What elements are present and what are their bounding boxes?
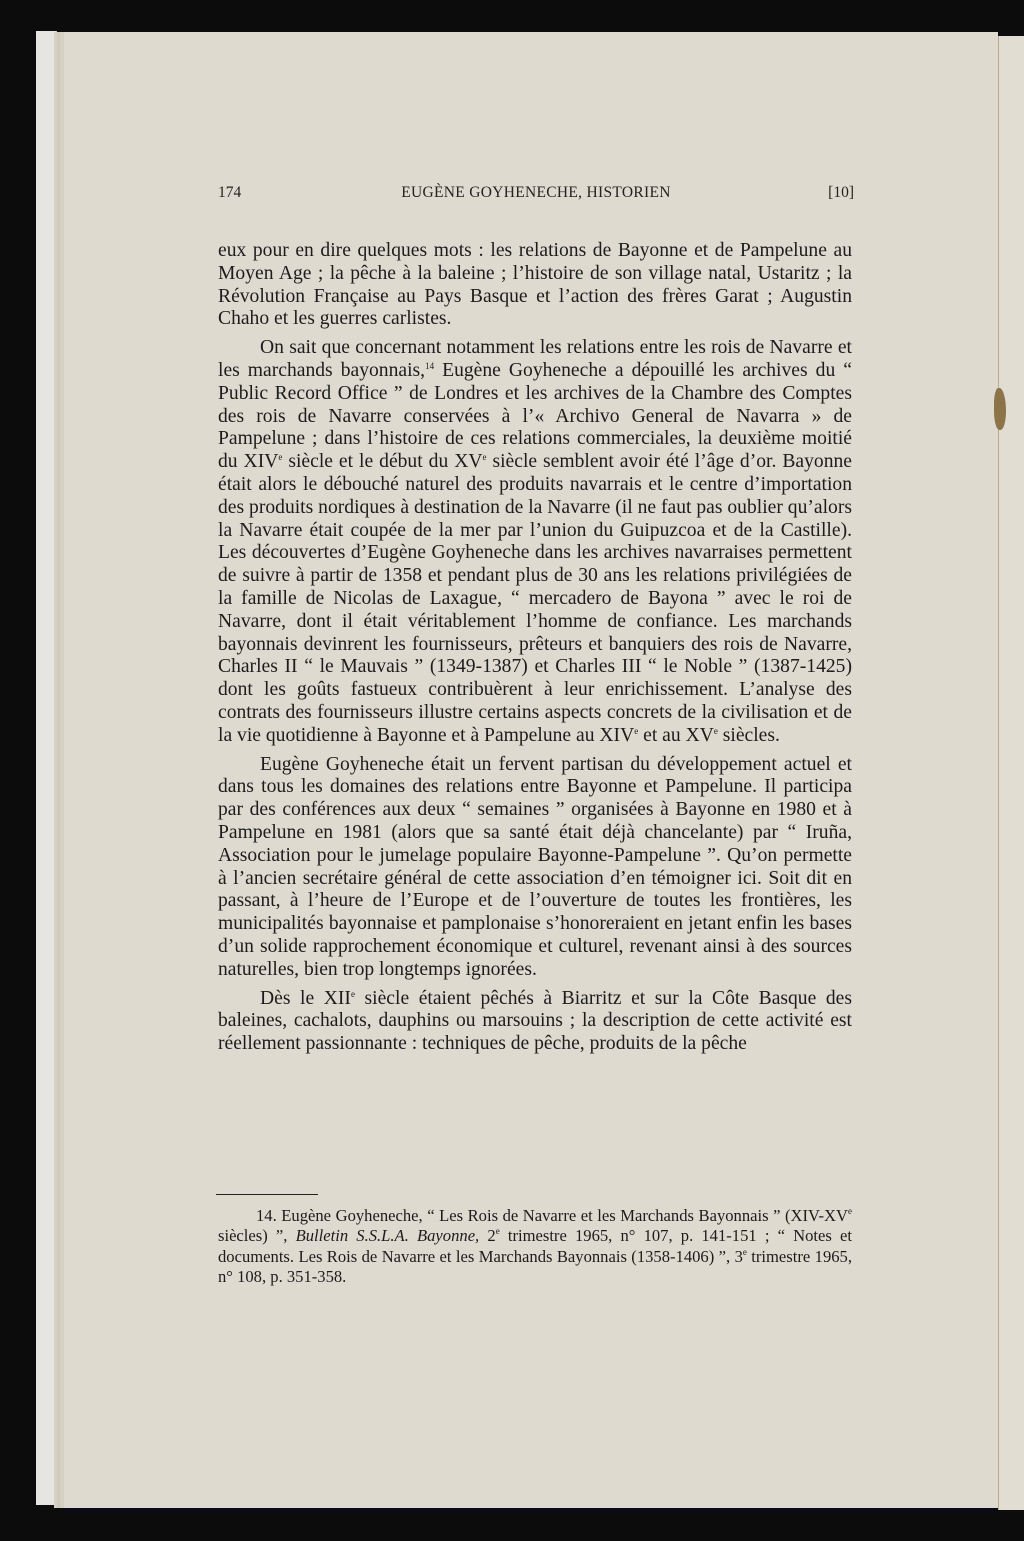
text-segment: et au XV — [638, 725, 714, 746]
running-header: 174 EUGÈNE GOYHENECHE, HISTORIEN [10] — [218, 184, 854, 204]
paragraph-4: Dès le XIIe siècle étaient pêchés à Biar… — [218, 988, 852, 1056]
text-segment: siècles. — [718, 725, 780, 746]
footnote-14: 14. Eugène Goyheneche, “ Les Rois de Nav… — [218, 1206, 852, 1288]
text-segment: siècle et le début du XV — [282, 451, 482, 472]
text-segment: siècle semblent avoir été l’âge d’or. Ba… — [218, 451, 852, 746]
paragraph-2: On sait que concernant notamment les rel… — [218, 337, 852, 747]
section-marker: [10] — [828, 184, 854, 202]
body-text: eux pour en dire quelques mots : les rel… — [218, 240, 852, 1062]
superscript: e — [848, 1206, 852, 1216]
paragraph-3: Eugène Goyheneche était un fervent parti… — [218, 754, 852, 982]
footnote-number: 14. — [256, 1206, 277, 1225]
running-title: EUGÈNE GOYHENECHE, HISTORIEN — [218, 184, 854, 202]
paper-stain — [994, 388, 1006, 430]
footnotes: 14. Eugène Goyheneche, “ Les Rois de Nav… — [218, 1206, 852, 1288]
journal-title: Bulletin S.S.L.A. Bayonne, — [296, 1226, 480, 1245]
footnote-separator — [216, 1194, 318, 1195]
text-segment: siècles) ”, — [218, 1226, 296, 1245]
adjacent-page-edge — [998, 36, 1024, 1510]
text-segment: Eugène Goyheneche, “ Les Rois de Navarre… — [277, 1206, 848, 1225]
text-segment: Dès le XII — [260, 988, 351, 1009]
footnote-ref-14[interactable]: 14 — [425, 361, 434, 371]
paragraph-1: eux pour en dire quelques mots : les rel… — [218, 240, 852, 331]
text-segment: 2 — [479, 1226, 495, 1245]
